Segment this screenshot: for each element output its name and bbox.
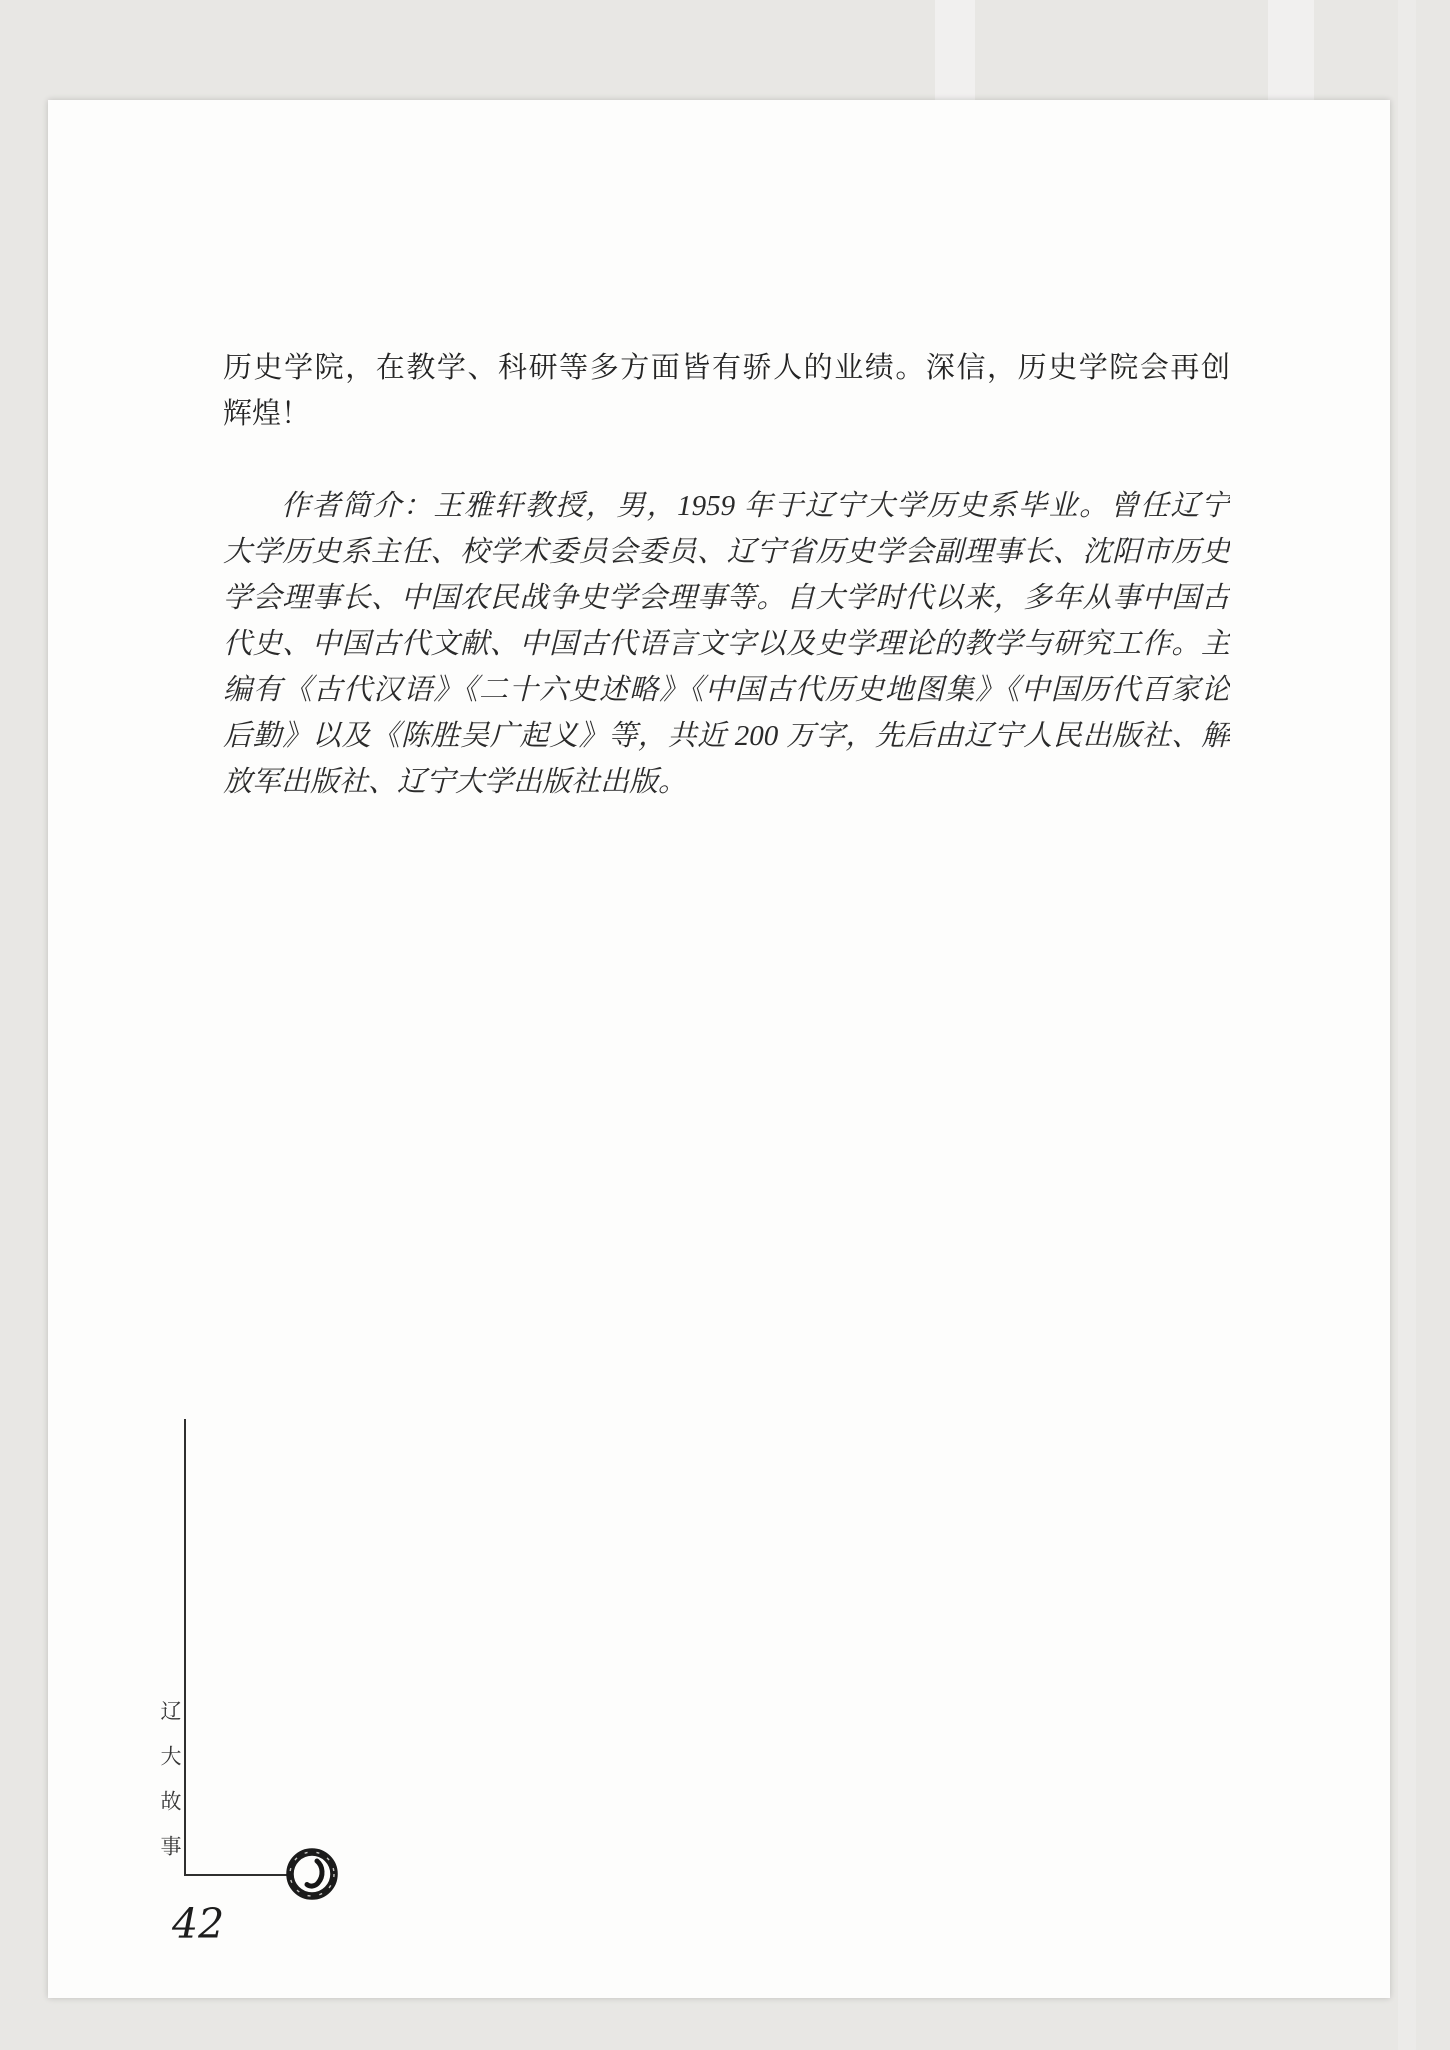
text-line: 后勤》以及《陈胜吴广起义》等，共近 200 万字，先后由辽宁人民出版社、解 bbox=[223, 713, 1230, 759]
scan-light-seam bbox=[1268, 0, 1314, 100]
chapter-rule-horizontal bbox=[184, 1874, 290, 1876]
text-line: 学会理事长、中国农民战争史学会理事等。自大学时代以来，多年从事中国古 bbox=[223, 575, 1230, 621]
author-bio-paragraph: 作者简介：王雅轩教授，男，1959 年于辽宁大学历史系毕业。曾任辽宁 大学历史系… bbox=[223, 483, 1230, 805]
text-line: 大学历史系主任、校学术委员会委员、辽宁省历史学会副理事长、沈阳市历史 bbox=[223, 529, 1230, 575]
page: 历史学院，在教学、科研等多方面皆有骄人的业绩。深信，历史学院会再创 辉煌！ 作者… bbox=[48, 100, 1390, 1998]
body-paragraph: 历史学院，在教学、科研等多方面皆有骄人的业绩。深信，历史学院会再创 辉煌！ bbox=[223, 345, 1230, 437]
scan-light-seam bbox=[935, 0, 975, 100]
text-line: 历史学院，在教学、科研等多方面皆有骄人的业绩。深信，历史学院会再创 bbox=[223, 345, 1230, 391]
text-line: 作者简介：王雅轩教授，男，1959 年于辽宁大学历史系毕业。曾任辽宁 bbox=[223, 483, 1230, 529]
series-title-vertical: 辽大故事 bbox=[154, 1700, 184, 1900]
brush-ring-logo-icon bbox=[284, 1846, 340, 1902]
text-line: 放军出版社、辽宁大学出版社出版。 bbox=[223, 759, 1230, 805]
page-number: 42 bbox=[172, 1900, 224, 1948]
scanned-book-page: 历史学院，在教学、科研等多方面皆有骄人的业绩。深信，历史学院会再创 辉煌！ 作者… bbox=[0, 0, 1450, 2050]
text-line: 编有《古代汉语》《二十六史述略》《中国古代历史地图集》《中国历代百家论 bbox=[223, 667, 1230, 713]
text-line: 辉煌！ bbox=[223, 391, 1230, 437]
chapter-rule-vertical bbox=[184, 1419, 186, 1876]
text-line: 代史、中国古代文献、中国古代语言文字以及史学理论的教学与研究工作。主 bbox=[223, 621, 1230, 667]
scan-light-seam bbox=[1398, 0, 1416, 2050]
